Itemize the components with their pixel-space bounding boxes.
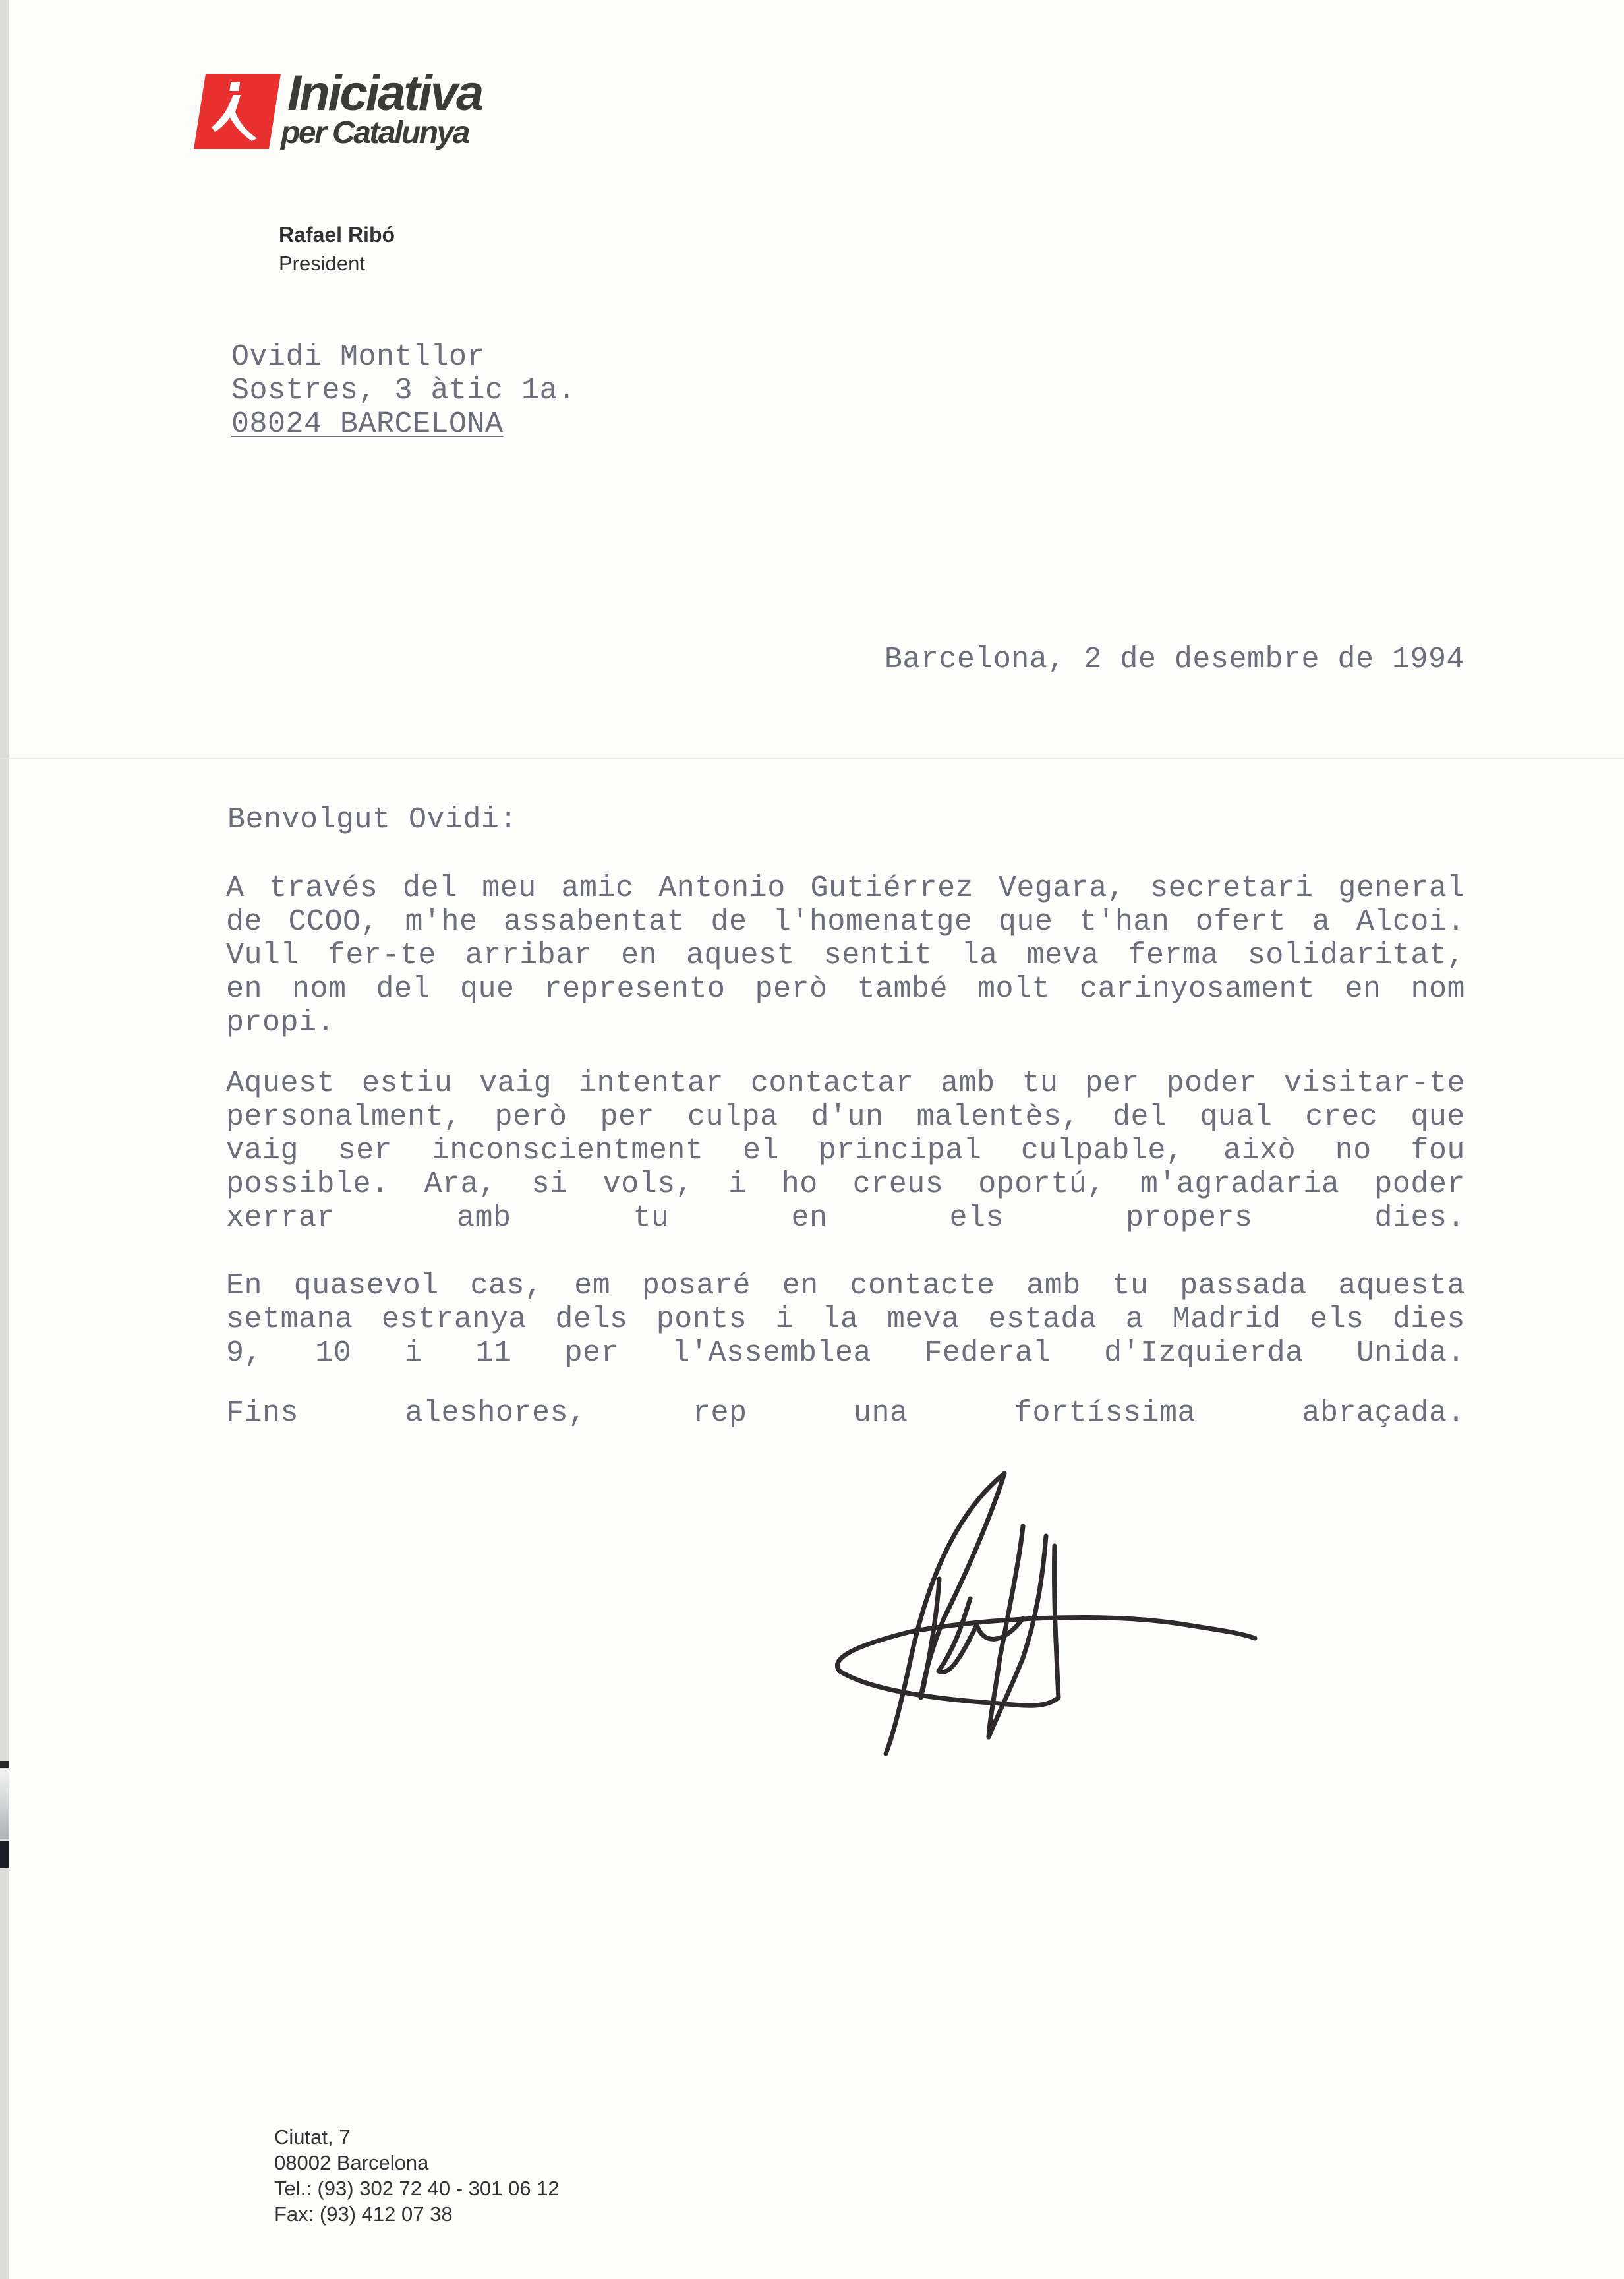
body-line: deCCOO,m'heassabentatdel'homenatgequet'h… [226, 905, 1465, 939]
recipient-city: 08024 BARCELONA [231, 407, 576, 441]
body-line: Vullfer-tearribarenaquestsentitlamevafer… [226, 939, 1465, 972]
body-line: xerrar amb tu en els propers dies. [226, 1201, 1465, 1235]
body-paragraph: AtravésdelmeuamicAntonioGutiérrezVegara,… [226, 872, 1465, 1040]
body-paragraph: Fins aleshores, rep una fortíssima abraç… [226, 1396, 1465, 1430]
handwritten-signature [832, 1460, 1392, 1763]
letter-greeting: Benvolgut Ovidi: [227, 803, 517, 837]
logo-subtitle: per Catalunya [281, 115, 469, 151]
footer-address: Ciutat, 7 [274, 2124, 560, 2150]
footer-city: 08002 Barcelona [274, 2150, 560, 2175]
body-line: 9, 10 i 11 per l'Assemblea Federal d'Izq… [226, 1336, 1465, 1370]
body-line: AtravésdelmeuamicAntonioGutiérrezVegara,… [226, 872, 1465, 905]
scan-edge [0, 0, 9, 2279]
recipient-name: Ovidi Montllor [231, 340, 576, 374]
body-line: Aquestestiuvaigintentarcontactarambtuper… [226, 1067, 1465, 1100]
iniciativa-i-mark-icon [194, 74, 281, 149]
body-paragraph: Aquestestiuvaigintentarcontactarambtuper… [226, 1067, 1465, 1235]
sender-name: Rafael Ribó [279, 223, 395, 247]
scan-edge-mark [0, 1841, 9, 1868]
body-line: Enquasevolcas,emposaréencontacteambtupas… [226, 1269, 1465, 1303]
paper-fold-line [0, 758, 1624, 759]
body-paragraph: Enquasevolcas,emposaréencontacteambtupas… [226, 1269, 1465, 1370]
scan-edge-mark [0, 1761, 9, 1768]
body-line: setmanaestranyadelspontsilamevaestadaaMa… [226, 1303, 1465, 1336]
body-line: Fins aleshores, rep una fortíssima abraç… [226, 1396, 1465, 1430]
body-line: vaigserinconscientmentelprincipalculpabl… [226, 1134, 1465, 1168]
letter-page: Iniciativa per Catalunya Rafael Ribó Pre… [0, 0, 1624, 2279]
scan-edge-mark [0, 1769, 9, 1839]
body-line: personalment,peròperculpad'unmalentès,de… [226, 1100, 1465, 1134]
logo-title: Iniciativa [287, 65, 482, 122]
recipient-street: Sostres, 3 àtic 1a. [231, 374, 576, 407]
footer-fax: Fax: (93) 412 07 38 [274, 2201, 560, 2227]
letterhead-footer: Ciutat, 7 08002 Barcelona Tel.: (93) 302… [274, 2124, 560, 2227]
body-line: propi. [226, 1006, 1465, 1040]
body-line: possible.Ara,sivols,ihocreusoportú,m'agr… [226, 1168, 1465, 1201]
footer-phone: Tel.: (93) 302 72 40 - 301 06 12 [274, 2175, 560, 2201]
recipient-address: Ovidi Montllor Sostres, 3 àtic 1a. 08024… [231, 340, 576, 441]
letter-date: Barcelona, 2 de desembre de 1994 [884, 643, 1464, 676]
sender-role: President [279, 252, 365, 276]
body-line: ennomdelquerepresentoperòtambémoltcariny… [226, 972, 1465, 1006]
